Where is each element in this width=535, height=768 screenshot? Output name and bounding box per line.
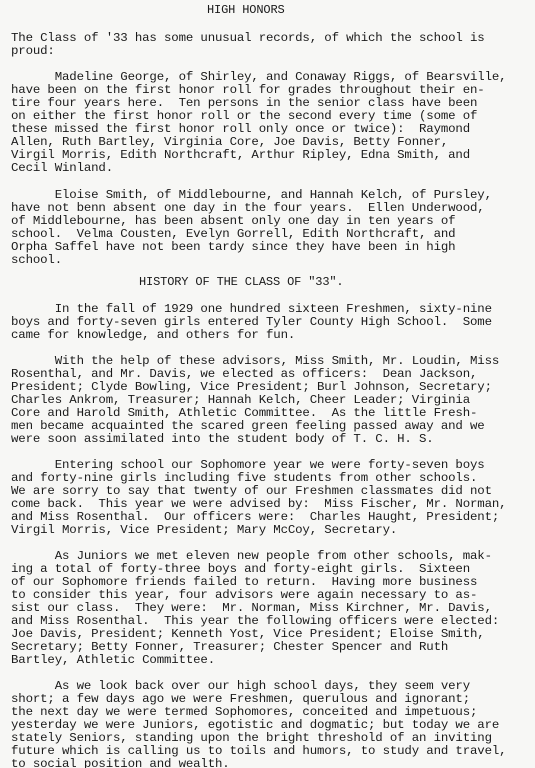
text-line: Bartley, Athletic Committee. — [11, 654, 215, 667]
text-line: Orpha Saffel have not been tardy since t… — [11, 241, 455, 254]
text-line: school. — [11, 254, 62, 267]
text-line: proud: — [11, 45, 55, 58]
section-heading-high-honors: HIGH HONORS — [207, 4, 285, 17]
text-line: to social position and wealth. — [11, 758, 230, 768]
text-line: Cecil Winland. — [11, 162, 113, 175]
section-heading-class-history: HISTORY OF THE CLASS OF "33". — [139, 276, 343, 289]
document-page: HIGH HONORS The Class of '33 has some un… — [0, 0, 535, 768]
text-line: came for knowledge, and others for fun. — [11, 329, 295, 342]
text-line: The Class of '33 has some unusual record… — [11, 32, 485, 45]
text-line: were soon assimilated into the student b… — [11, 433, 434, 446]
text-line: Virgil Morris, Vice President; Mary McCo… — [11, 524, 397, 537]
